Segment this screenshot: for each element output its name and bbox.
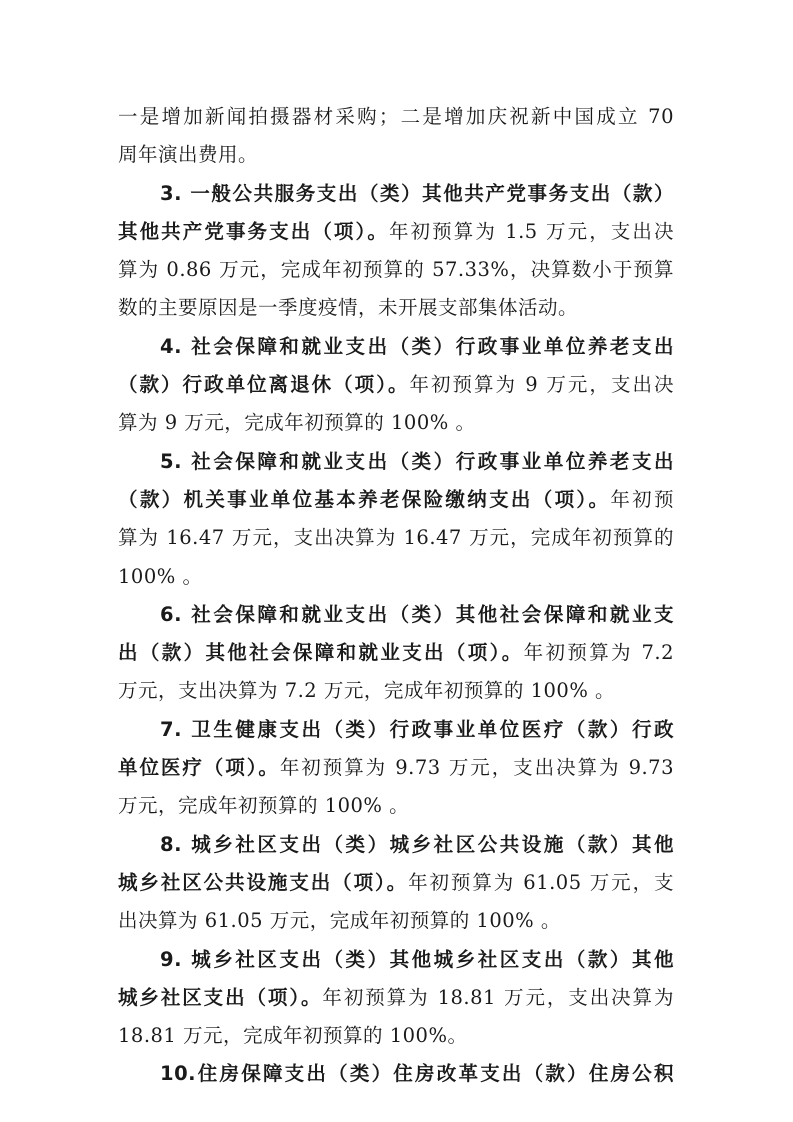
text-line: 算为 9 万元，完成年初预算的 100% 。 (118, 404, 674, 442)
bold-heading: 城乡社区支出（项）。 (118, 986, 322, 1009)
item-9-heading: 9. 城乡社区支出（类）其他城乡社区支出（款）其他 (118, 941, 674, 979)
body-text: 万元，完成年初预算的 100% 。 (118, 794, 409, 817)
item-7-heading: 7. 卫生健康支出（类）行政事业单位医疗（款）行政 (118, 711, 674, 749)
text-line: 数的主要原因是一季度疫情，未开展支部集体活动。 (118, 289, 674, 327)
text-line: 单位医疗（项）。年初预算为 9.73 万元，支出决算为 9.73 (118, 749, 674, 787)
body-text: 算为 0.86 万元，完成年初预算的 57.33%，决算数小于预算 (118, 258, 674, 281)
text-line: （款）机关事业单位基本养老保险缴纳支出（项）。年初预 (118, 481, 674, 519)
bold-heading: 城乡社区公共设施支出（项）。 (118, 871, 408, 894)
text-line: 算为 0.86 万元，完成年初预算的 57.33%，决算数小于预算 (118, 251, 674, 289)
body-text: 一是增加新闻拍摄器材采购；二是增加庆祝新中国成立 70 (118, 105, 674, 128)
text-line: （款）行政单位离退休（项）。年初预算为 9 万元，支出决 (118, 366, 674, 404)
text-line: 万元，支出决算为 7.2 万元，完成年初预算的 100% 。 (118, 672, 674, 710)
body-text: 数的主要原因是一季度疫情，未开展支部集体活动。 (118, 296, 578, 319)
bold-heading: 7. 卫生健康支出（类）行政事业单位医疗（款）行政 (160, 718, 674, 741)
body-text: 算为 16.47 万元，支出决算为 16.47 万元，完成年初预算的 (118, 526, 674, 549)
body-text: 18.81 万元，完成年初预算的 100%。 (118, 1024, 467, 1047)
body-text: 年初预算为 18.81 万元，支出决算为 (322, 986, 674, 1009)
text-line: 一是增加新闻拍摄器材采购；二是增加庆祝新中国成立 70 (118, 98, 674, 136)
item-5-heading: 5. 社会保障和就业支出（类）行政事业单位养老支出 (118, 443, 674, 481)
bold-heading: 5. 社会保障和就业支出（类）行政事业单位养老支出 (160, 450, 674, 473)
text-line: 算为 16.47 万元，支出决算为 16.47 万元，完成年初预算的 (118, 519, 674, 557)
body-text: 出决算为 61.05 万元，完成年初预算的 100% 。 (118, 909, 561, 932)
body-text: 年初预算为 9.73 万元，支出决算为 9.73 (280, 756, 674, 779)
text-line: 18.81 万元，完成年初预算的 100%。 (118, 1017, 674, 1055)
text-line: 出（款）其他社会保障和就业支出（项）。年初预算为 7.2 (118, 634, 674, 672)
bold-heading: 单位医疗（项）。 (118, 756, 280, 779)
body-text: 万元，支出决算为 7.2 万元，完成年初预算的 100% 。 (118, 679, 615, 702)
item-3-heading: 3. 一般公共服务支出（类）其他共产党事务支出（款） (118, 175, 674, 213)
body-text: 年初预算为 1.5 万元，支出决 (389, 220, 674, 243)
text-line: 其他共产党事务支出（项）。年初预算为 1.5 万元，支出决 (118, 213, 674, 251)
bold-heading: （款）机关事业单位基本养老保险缴纳支出（项）。 (118, 488, 610, 511)
item-6-heading: 6. 社会保障和就业支出（类）其他社会保障和就业支 (118, 596, 674, 634)
text-line: 城乡社区支出（项）。年初预算为 18.81 万元，支出决算为 (118, 979, 674, 1017)
item-4-heading: 4. 社会保障和就业支出（类）行政事业单位养老支出 (118, 328, 674, 366)
text-line: 周年演出费用。 (118, 136, 674, 174)
document-page: 一是增加新闻拍摄器材采购；二是增加庆祝新中国成立 70 周年演出费用。 3. 一… (118, 98, 674, 1094)
text-line: 出决算为 61.05 万元，完成年初预算的 100% 。 (118, 902, 674, 940)
bold-heading: 8. 城乡社区支出（类）城乡社区公共设施（款）其他 (160, 833, 674, 856)
item-8-heading: 8. 城乡社区支出（类）城乡社区公共设施（款）其他 (118, 826, 674, 864)
body-text: 年初预 (610, 488, 674, 511)
body-text: 年初预算为 9 万元，支出决 (409, 373, 674, 396)
bold-heading: 6. 社会保障和就业支出（类）其他社会保障和就业支 (160, 603, 674, 626)
text-line: 万元，完成年初预算的 100% 。 (118, 787, 674, 825)
bold-heading: 10.住房保障支出（类）住房改革支出（款）住房公积 (160, 1062, 674, 1085)
body-text: 年初预算为 61.05 万元，支 (408, 871, 674, 894)
text-line: 100% 。 (118, 558, 674, 596)
bold-heading: 9. 城乡社区支出（类）其他城乡社区支出（款）其他 (160, 948, 674, 971)
item-10-heading: 10.住房保障支出（类）住房改革支出（款）住房公积 (118, 1055, 674, 1093)
body-text: 100% 。 (118, 565, 202, 588)
bold-heading: 出（款）其他社会保障和就业支出（项）。 (118, 641, 524, 664)
bold-heading: 3. 一般公共服务支出（类）其他共产党事务支出（款） (160, 182, 674, 205)
text-line: 城乡社区公共设施支出（项）。年初预算为 61.05 万元，支 (118, 864, 674, 902)
bold-heading: 其他共产党事务支出（项）。 (118, 220, 389, 243)
body-text: 周年演出费用。 (118, 143, 258, 166)
bold-heading: （款）行政单位离退休（项）。 (118, 373, 409, 396)
body-text: 算为 9 万元，完成年初预算的 100% 。 (118, 411, 475, 434)
body-text: 年初预算为 7.2 (524, 641, 674, 664)
bold-heading: 4. 社会保障和就业支出（类）行政事业单位养老支出 (160, 335, 674, 358)
